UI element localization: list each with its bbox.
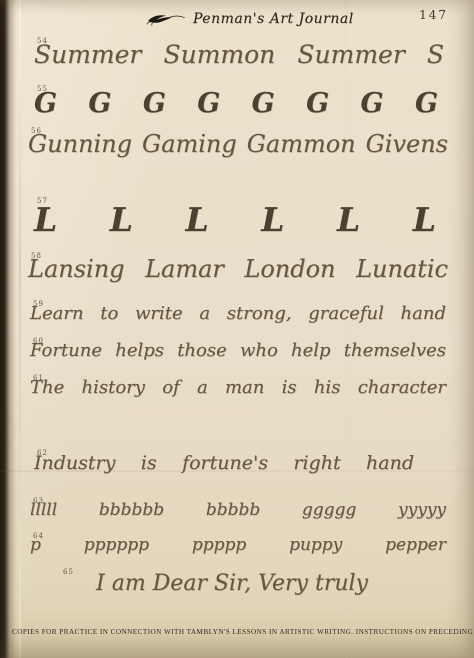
exercise-number: 61 (33, 374, 44, 382)
exercise-text: Gunning Gaming Gammon Givens (28, 130, 448, 158)
exercise-number: 62 (37, 449, 48, 457)
exercise-text: L L L L L L (34, 200, 438, 239)
exercise-text: p pppppp ppppp puppy pepper (30, 535, 446, 555)
exercise-number: 57 (37, 197, 48, 205)
paper-crease-left (19, 0, 21, 658)
exercise-number: 58 (31, 252, 42, 260)
exercise-text: Lansing Lamar London Lunatic (28, 255, 448, 283)
exercise-text: G G G G G G G G (34, 88, 440, 119)
exercise-text: Summer Summon Summer S (34, 40, 444, 69)
page-number: 147 (419, 8, 448, 22)
exercise-line-55: 55 G G G G G G G G (34, 88, 440, 119)
exercise-line-65: 65 I am Dear Sir, Very truly (60, 571, 404, 596)
exercise-text: Learn to write a strong, graceful hand (30, 303, 446, 324)
bird-flourish-icon (146, 11, 186, 27)
exercise-text: Industry is fortune's right hand (34, 452, 414, 474)
page-edge-shadow (0, 0, 16, 658)
exercise-line-56: 56 Gunning Gaming Gammon Givens (28, 130, 448, 158)
exercise-number: 63 (33, 497, 44, 505)
masthead: Penman's Art Journal (146, 9, 354, 29)
exercise-number: 60 (33, 337, 44, 345)
scanned-journal-page: Penman's Art Journal 147 54 Summer Summo… (0, 0, 474, 658)
exercise-number: 59 (33, 300, 44, 308)
exercise-number: 54 (37, 37, 48, 45)
exercise-text: lllll bbbbbb bbbbb ggggg yyyyy (30, 500, 446, 520)
exercise-line-64: 64 p pppppp ppppp puppy pepper (30, 535, 446, 555)
exercise-number: 65 (63, 568, 74, 576)
exercise-text: Fortune helps those who help themselves (30, 340, 446, 361)
footer-caption: COPIES FOR PRACTICE IN CONNECTION WITH T… (12, 628, 464, 636)
exercise-number: 55 (37, 85, 48, 93)
exercise-line-61: 61 The history of a man is his character (30, 377, 446, 398)
exercise-line-54: 54 Summer Summon Summer S (34, 40, 444, 69)
exercise-number: 56 (31, 127, 42, 135)
exercise-line-62: 62 Industry is fortune's right hand (34, 452, 414, 474)
journal-title: Penman's Art Journal (193, 11, 354, 27)
exercise-text: I am Dear Sir, Very truly (60, 571, 404, 596)
exercise-number: 64 (33, 532, 44, 540)
exercise-line-59: 59 Learn to write a strong, graceful han… (30, 303, 446, 324)
exercise-line-57: 57 L L L L L L (34, 200, 438, 239)
exercise-line-58: 58 Lansing Lamar London Lunatic (28, 255, 448, 283)
exercise-line-60: 60 Fortune helps those who help themselv… (30, 340, 446, 361)
exercise-text: The history of a man is his character (30, 377, 446, 398)
exercise-line-63: 63 lllll bbbbbb bbbbb ggggg yyyyy (30, 500, 446, 520)
